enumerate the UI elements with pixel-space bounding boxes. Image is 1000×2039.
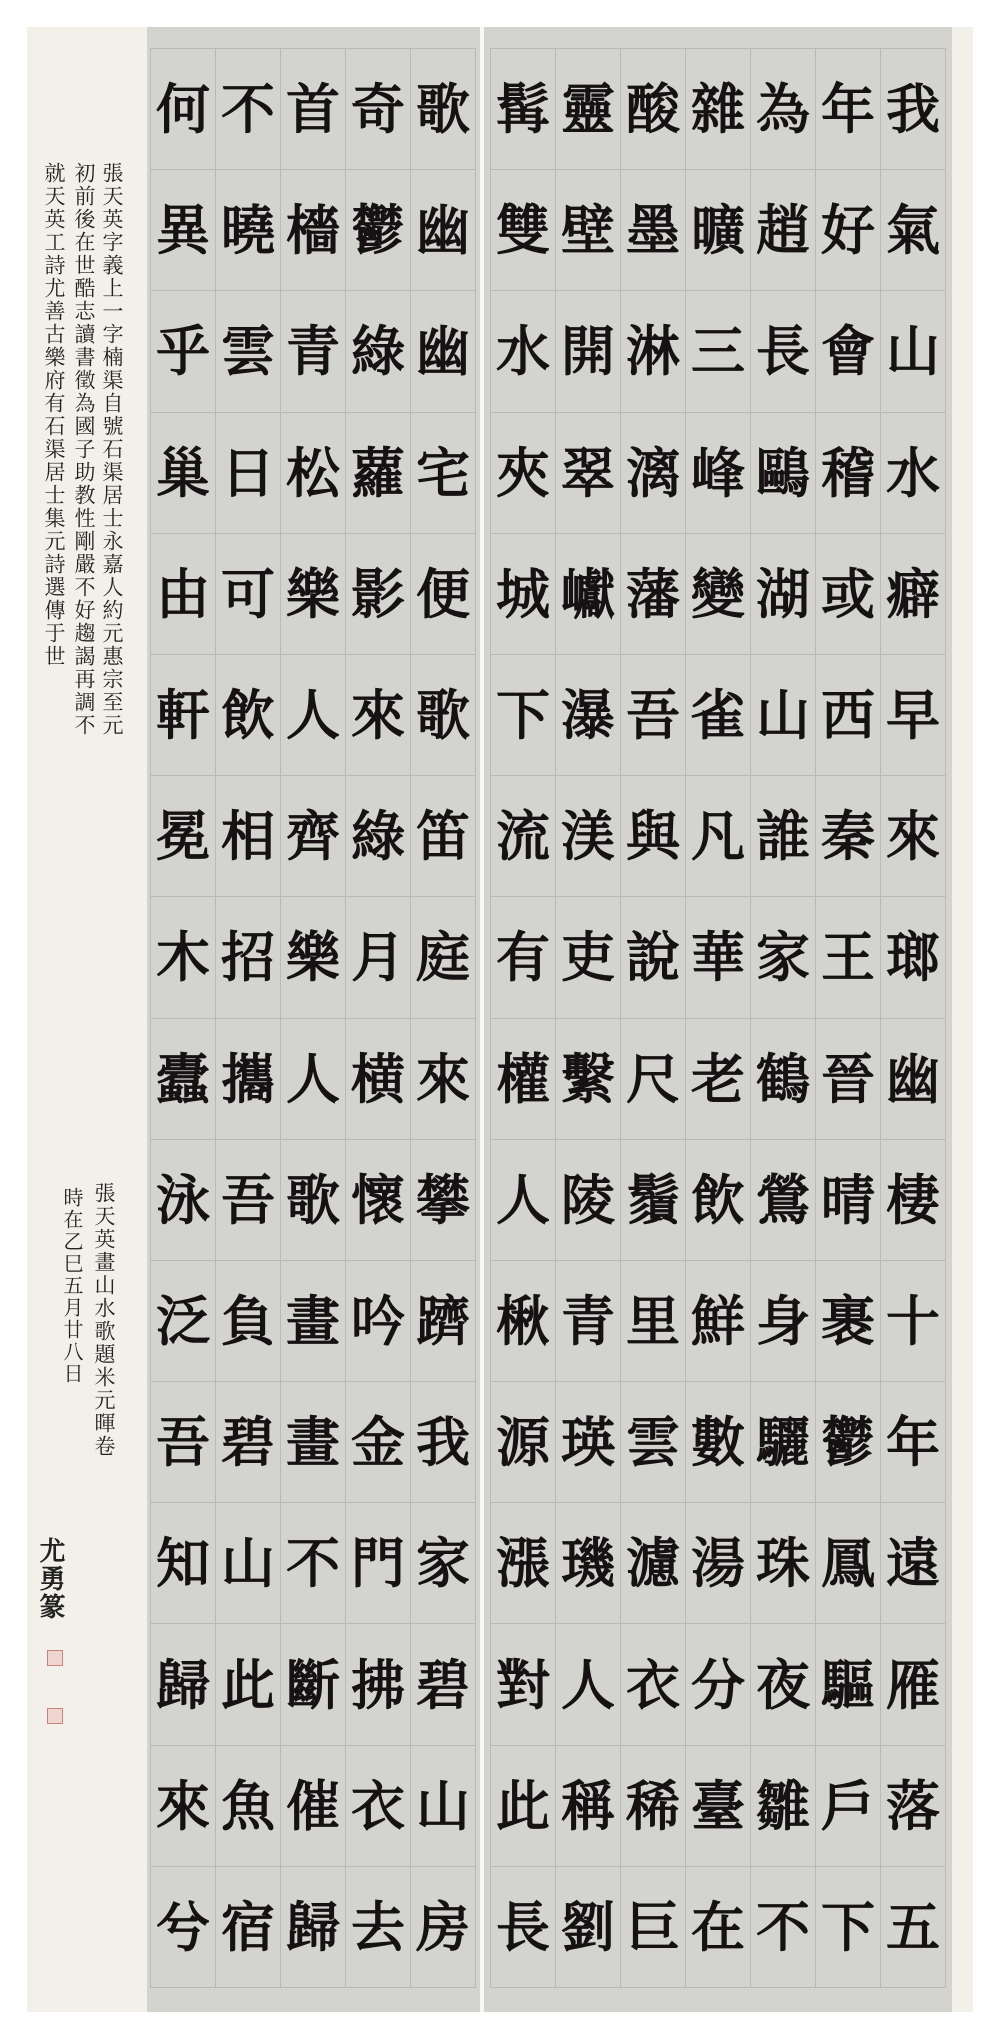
text-column: 奇鬱綠蘿影來綠月横懷吟金門拂衣去 (345, 49, 410, 1987)
text-column: 年好會稽或西秦王晉晴裹鬱鳳驅戶下 (815, 49, 880, 1987)
seal-script-character: 衣 (621, 1624, 685, 1745)
text-column: 髯雙水夾城下流有權人楸源漲對此長 (491, 49, 555, 1987)
seal-script-character: 夾 (491, 413, 555, 534)
seal-script-character: 或 (816, 534, 880, 655)
seal-script-character: 有 (491, 897, 555, 1018)
seal-script-character: 山 (411, 1746, 475, 1867)
seal-script-character: 攜 (216, 1019, 280, 1140)
seal-script-character: 西 (816, 655, 880, 776)
seal-script-character: 鬚 (621, 1140, 685, 1261)
seal-script-character: 淋 (621, 291, 685, 412)
seal-script-character: 飲 (216, 655, 280, 776)
seal-script-character: 青 (556, 1261, 620, 1382)
seal-script-character: 晴 (816, 1140, 880, 1261)
text-column: 首檣青松樂人齊樂人歌畫畫不斷催歸 (280, 49, 345, 1987)
seal-script-character: 鶯 (751, 1140, 815, 1261)
seal-script-character: 年 (816, 49, 880, 170)
text-column: 我氣山水癖早來瑯幽棲十年遠雁落五 (880, 49, 945, 1987)
seal-script-character: 楸 (491, 1261, 555, 1382)
seal-script-character: 城 (491, 534, 555, 655)
seal-script-character: 巘 (556, 534, 620, 655)
signoff-date: 時在乙巳五月廿八日 (57, 1187, 87, 1385)
seal-script-character: 門 (346, 1503, 410, 1624)
seal-script-character: 長 (491, 1867, 555, 1987)
seal-script-character: 吾 (151, 1382, 215, 1503)
seal-script-character: 雀 (686, 655, 750, 776)
seal-script-character: 知 (151, 1503, 215, 1624)
seal-script-character: 湯 (686, 1503, 750, 1624)
seal-script-character: 墨 (621, 170, 685, 291)
seal-script-character: 木 (151, 897, 215, 1018)
seal-script-character: 數 (686, 1382, 750, 1503)
seal-script-character: 冕 (151, 776, 215, 897)
seal-script-character: 鬱 (816, 1382, 880, 1503)
seal-script-character: 不 (216, 49, 280, 170)
seal-script-character: 分 (686, 1624, 750, 1745)
signoff-title: 張天英畫山水歌題米元暉卷 (89, 1182, 119, 1458)
seal-script-character: 魚 (216, 1746, 280, 1867)
seal-script-character: 雛 (751, 1746, 815, 1867)
artist-signature: 尤勇篆 (35, 1537, 65, 1621)
seal-script-character: 十 (881, 1261, 945, 1382)
text-column: 歌幽幽宅便歌笛庭來攀躋我家碧山房 (410, 49, 475, 1987)
seal-script-character: 山 (881, 291, 945, 412)
seal-script-character: 山 (751, 655, 815, 776)
seal-script-character: 樂 (281, 897, 345, 1018)
seal-script-character: 宅 (411, 413, 475, 534)
red-seal-icon (47, 1708, 63, 1724)
seal-script-character: 影 (346, 534, 410, 655)
seal-script-character: 山 (216, 1503, 280, 1624)
seal-script-character: 下 (491, 655, 555, 776)
seal-script-character: 漓 (621, 413, 685, 534)
seal-script-character: 雲 (621, 1382, 685, 1503)
left-text-panel: 歌幽幽宅便歌笛庭來攀躋我家碧山房奇鬱綠蘿影來綠月横懷吟金門拂衣去首檣青松樂人齊樂… (147, 27, 480, 2012)
seal-script-character: 驅 (816, 1624, 880, 1745)
seal-script-character: 璣 (556, 1503, 620, 1624)
seal-script-character: 負 (216, 1261, 280, 1382)
seal-script-character: 宿 (216, 1867, 280, 1987)
seal-script-character: 早 (881, 655, 945, 776)
seal-script-character: 綠 (346, 776, 410, 897)
seal-script-character: 我 (881, 49, 945, 170)
seal-script-character: 青 (281, 291, 345, 412)
seal-script-character: 蠹 (151, 1019, 215, 1140)
colophon-strip: 張天英字義上一字楠渠自號石渠居士永嘉人約元惠宗至元 初前後在世酷志讀書徵為國子助… (27, 27, 147, 2012)
seal-script-character: 繫 (556, 1019, 620, 1140)
seal-script-character: 歌 (411, 655, 475, 776)
seal-script-character: 驪 (751, 1382, 815, 1503)
calligraphy-scroll: 張天英字義上一字楠渠自號石渠居士永嘉人約元惠宗至元 初前後在世酷志讀書徵為國子助… (27, 27, 973, 2012)
seal-script-character: 攀 (411, 1140, 475, 1261)
seal-script-character: 趙 (751, 170, 815, 291)
seal-script-character: 相 (216, 776, 280, 897)
seal-script-character: 吟 (346, 1261, 410, 1382)
seal-script-character: 劉 (556, 1867, 620, 1987)
seal-script-character: 臺 (686, 1746, 750, 1867)
seal-script-character: 水 (491, 291, 555, 412)
seal-script-character: 誰 (751, 776, 815, 897)
seal-script-character: 癖 (881, 534, 945, 655)
seal-script-character: 靈 (556, 49, 620, 170)
seal-script-character: 在 (686, 1867, 750, 1987)
seal-script-character: 斷 (281, 1624, 345, 1745)
seal-script-character: 吏 (556, 897, 620, 1018)
seal-script-character: 稽 (816, 413, 880, 534)
seal-script-character: 戶 (816, 1746, 880, 1867)
seal-script-character: 稀 (621, 1746, 685, 1867)
seal-script-character: 衣 (346, 1746, 410, 1867)
seal-script-character: 異 (151, 170, 215, 291)
seal-script-character: 裹 (816, 1261, 880, 1382)
seal-script-character: 華 (686, 897, 750, 1018)
seal-script-character: 幽 (881, 1019, 945, 1140)
seal-script-character: 水 (881, 413, 945, 534)
seal-script-character: 歌 (411, 49, 475, 170)
seal-script-character: 樂 (281, 534, 345, 655)
seal-script-character: 酸 (621, 49, 685, 170)
seal-script-character: 便 (411, 534, 475, 655)
text-column: 靈壁開翠巘瀑渼吏繫陵青瑛璣人稱劉 (555, 49, 620, 1987)
seal-script-character: 與 (621, 776, 685, 897)
seal-script-character: 來 (346, 655, 410, 776)
seal-script-character: 人 (491, 1140, 555, 1261)
seal-script-character: 人 (556, 1624, 620, 1745)
seal-script-character: 落 (881, 1746, 945, 1867)
seal-script-character: 湖 (751, 534, 815, 655)
seal-script-character: 來 (411, 1019, 475, 1140)
seal-script-character: 源 (491, 1382, 555, 1503)
seal-script-character: 晉 (816, 1019, 880, 1140)
text-column: 雜曠三峰變雀凡華老飲鮮數湯分臺在 (685, 49, 750, 1987)
colophon-line-2: 初前後在世酷志讀書徵為國子助教性剛嚴不好趨謁再調不 (69, 162, 99, 737)
seal-script-character: 人 (281, 655, 345, 776)
seal-script-character: 檣 (281, 170, 345, 291)
seal-script-character: 濾 (621, 1503, 685, 1624)
seal-script-character: 珠 (751, 1503, 815, 1624)
seal-script-character: 泛 (151, 1261, 215, 1382)
seal-script-character: 老 (686, 1019, 750, 1140)
seal-script-character: 來 (151, 1746, 215, 1867)
seal-script-character: 曠 (686, 170, 750, 291)
seal-script-character: 變 (686, 534, 750, 655)
seal-script-character: 房 (411, 1867, 475, 1987)
seal-script-character: 金 (346, 1382, 410, 1503)
seal-script-character: 家 (411, 1503, 475, 1624)
seal-script-character: 幽 (411, 170, 475, 291)
seal-script-character: 畫 (281, 1261, 345, 1382)
seal-script-character: 此 (491, 1746, 555, 1867)
seal-script-character: 歸 (281, 1867, 345, 1987)
seal-script-character: 曉 (216, 170, 280, 291)
seal-script-character: 瑯 (881, 897, 945, 1018)
seal-script-character: 髯 (491, 49, 555, 170)
seal-script-character: 乎 (151, 291, 215, 412)
seal-script-character: 巨 (621, 1867, 685, 1987)
seal-script-character: 鷗 (751, 413, 815, 534)
seal-script-character: 首 (281, 49, 345, 170)
seal-script-character: 我 (411, 1382, 475, 1503)
seal-script-character: 渼 (556, 776, 620, 897)
seal-script-character: 雙 (491, 170, 555, 291)
seal-script-character: 家 (751, 897, 815, 1018)
seal-script-character: 瀑 (556, 655, 620, 776)
seal-script-character: 何 (151, 49, 215, 170)
seal-script-character: 為 (751, 49, 815, 170)
seal-script-character: 不 (281, 1503, 345, 1624)
seal-script-character: 秦 (816, 776, 880, 897)
seal-script-character: 可 (216, 534, 280, 655)
seal-script-character: 吾 (621, 655, 685, 776)
character-grid-right: 我氣山水癖早來瑯幽棲十年遠雁落五年好會稽或西秦王晉晴裹鬱鳳驅戶下為趙長鷗湖山誰家… (490, 48, 946, 1988)
seal-script-character: 陵 (556, 1140, 620, 1261)
seal-script-character: 去 (346, 1867, 410, 1987)
seal-script-character: 懷 (346, 1140, 410, 1261)
seal-script-character: 藩 (621, 534, 685, 655)
seal-script-character: 里 (621, 1261, 685, 1382)
seal-script-character: 此 (216, 1624, 280, 1745)
seal-script-character: 凡 (686, 776, 750, 897)
text-column: 酸墨淋漓藩吾與說尺鬚里雲濾衣稀巨 (620, 49, 685, 1987)
seal-script-character: 招 (216, 897, 280, 1018)
seal-script-character: 好 (816, 170, 880, 291)
seal-script-character: 權 (491, 1019, 555, 1140)
seal-script-character: 會 (816, 291, 880, 412)
right-text-panel: 我氣山水癖早來瑯幽棲十年遠雁落五年好會稽或西秦王晉晴裹鬱鳳驅戶下為趙長鷗湖山誰家… (484, 27, 952, 2012)
seal-script-character: 泳 (151, 1140, 215, 1261)
seal-script-character: 王 (816, 897, 880, 1018)
seal-script-character: 碧 (411, 1624, 475, 1745)
seal-script-character: 鮮 (686, 1261, 750, 1382)
seal-script-character: 由 (151, 534, 215, 655)
seal-script-character: 三 (686, 291, 750, 412)
seal-script-character: 横 (346, 1019, 410, 1140)
text-column: 為趙長鷗湖山誰家鶴鶯身驪珠夜雛不 (750, 49, 815, 1987)
seal-script-character: 日 (216, 413, 280, 534)
character-grid-left: 歌幽幽宅便歌笛庭來攀躋我家碧山房奇鬱綠蘿影來綠月横懷吟金門拂衣去首檣青松樂人齊樂… (150, 48, 476, 1988)
right-margin-strip (952, 27, 973, 2012)
seal-script-character: 下 (816, 1867, 880, 1987)
seal-script-character: 月 (346, 897, 410, 1018)
seal-script-character: 笛 (411, 776, 475, 897)
seal-script-character: 奇 (346, 49, 410, 170)
seal-script-character: 年 (881, 1382, 945, 1503)
seal-script-character: 庭 (411, 897, 475, 1018)
seal-script-character: 歌 (281, 1140, 345, 1261)
seal-script-character: 吾 (216, 1140, 280, 1261)
seal-script-character: 瑛 (556, 1382, 620, 1503)
seal-script-character: 稱 (556, 1746, 620, 1867)
seal-script-character: 催 (281, 1746, 345, 1867)
colophon-line-3: 就天英工詩尤善古樂府有石渠居士集元詩選傳于世 (39, 162, 69, 668)
seal-script-character: 拂 (346, 1624, 410, 1745)
seal-script-character: 鬱 (346, 170, 410, 291)
seal-script-character: 鶴 (751, 1019, 815, 1140)
seal-script-character: 峰 (686, 413, 750, 534)
seal-script-character: 氣 (881, 170, 945, 291)
seal-script-character: 巢 (151, 413, 215, 534)
seal-script-character: 蘿 (346, 413, 410, 534)
seal-script-character: 齊 (281, 776, 345, 897)
seal-script-character: 雜 (686, 49, 750, 170)
seal-script-character: 雲 (216, 291, 280, 412)
seal-script-character: 夜 (751, 1624, 815, 1745)
seal-script-character: 飲 (686, 1140, 750, 1261)
seal-script-character: 綠 (346, 291, 410, 412)
red-seal-icon (47, 1650, 63, 1666)
seal-script-character: 漲 (491, 1503, 555, 1624)
seal-script-character: 說 (621, 897, 685, 1018)
seal-script-character: 身 (751, 1261, 815, 1382)
seal-script-character: 長 (751, 291, 815, 412)
seal-script-character: 翠 (556, 413, 620, 534)
seal-script-character: 畫 (281, 1382, 345, 1503)
seal-script-character: 五 (881, 1867, 945, 1987)
seal-script-character: 軒 (151, 655, 215, 776)
seal-script-character: 躋 (411, 1261, 475, 1382)
seal-script-character: 遠 (881, 1503, 945, 1624)
seal-script-character: 兮 (151, 1867, 215, 1987)
seal-script-character: 歸 (151, 1624, 215, 1745)
seal-script-character: 雁 (881, 1624, 945, 1745)
seal-script-character: 人 (281, 1019, 345, 1140)
seal-script-character: 尺 (621, 1019, 685, 1140)
seal-script-character: 壁 (556, 170, 620, 291)
seal-script-character: 流 (491, 776, 555, 897)
text-column: 不曉雲日可飲相招攜吾負碧山此魚宿 (215, 49, 280, 1987)
seal-script-character: 開 (556, 291, 620, 412)
seal-script-character: 碧 (216, 1382, 280, 1503)
seal-script-character: 松 (281, 413, 345, 534)
seal-script-character: 幽 (411, 291, 475, 412)
text-column: 何異乎巢由軒冕木蠹泳泛吾知歸來兮 (151, 49, 215, 1987)
seal-script-character: 來 (881, 776, 945, 897)
seal-script-character: 棲 (881, 1140, 945, 1261)
seal-script-character: 不 (751, 1867, 815, 1987)
seal-script-character: 鳳 (816, 1503, 880, 1624)
seal-script-character: 對 (491, 1624, 555, 1745)
colophon-line-1: 張天英字義上一字楠渠自號石渠居士永嘉人約元惠宗至元 (97, 162, 127, 737)
